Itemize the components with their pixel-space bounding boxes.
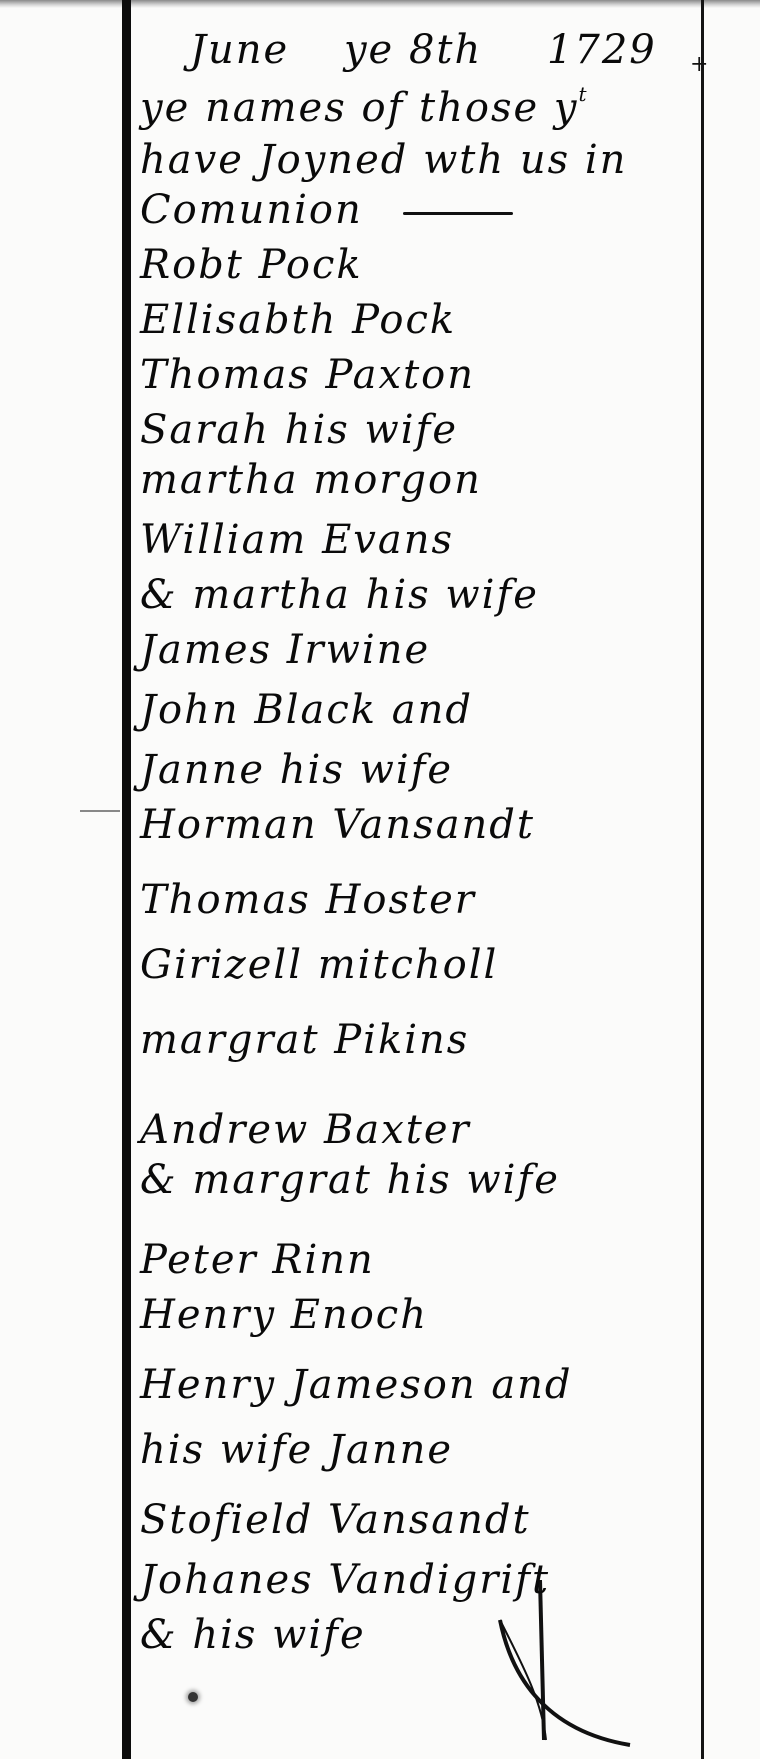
entry-11: Horman Vansandt bbox=[140, 805, 535, 845]
entry-6: William Evans bbox=[140, 520, 454, 560]
date-year: 1729 bbox=[547, 27, 657, 73]
entry-19: Henry Jameson and bbox=[140, 1365, 573, 1405]
entry-3: Thomas Paxton bbox=[140, 355, 475, 395]
register-entries: June ye 8th 1729 ye names of those yt ha… bbox=[140, 0, 700, 1759]
entry-18: Henry Enoch bbox=[140, 1295, 428, 1335]
entry-4: Sarah his wife bbox=[140, 410, 458, 450]
entry-9: John Black and bbox=[140, 690, 473, 730]
entry-16: & margrat his wife bbox=[140, 1160, 560, 1200]
date-day: ye 8th bbox=[344, 27, 482, 73]
entry-14: margrat Pikins bbox=[140, 1020, 469, 1060]
left-margin-rule bbox=[122, 0, 131, 1759]
entry-1: Robt Pock bbox=[140, 245, 363, 285]
entry-22: Johanes Vandigrift bbox=[140, 1560, 550, 1600]
register-page: + June ye 8th 1729 ye names of those yt … bbox=[0, 0, 760, 1759]
entry-2: Ellisabth Pock bbox=[140, 300, 456, 340]
flourish-rule bbox=[403, 212, 513, 215]
entry-20: his wife Janne bbox=[140, 1430, 453, 1470]
entry-15: Andrew Baxter bbox=[140, 1110, 471, 1150]
date-month: June bbox=[190, 27, 289, 73]
entry-12: Thomas Hoster bbox=[140, 880, 476, 920]
margin-dash-mark bbox=[80, 810, 120, 812]
entry-5: martha morgon bbox=[140, 460, 482, 500]
header-line-2-sup: t bbox=[578, 82, 588, 106]
header-date: June ye 8th 1729 bbox=[190, 30, 657, 70]
header-line-4: Comunion bbox=[140, 190, 513, 230]
header-line-2-text: ye names of those y bbox=[140, 85, 578, 131]
entry-7: & martha his wife bbox=[140, 575, 539, 615]
entry-23: & his wife bbox=[140, 1615, 366, 1655]
header-line-2: ye names of those yt bbox=[140, 88, 589, 128]
right-margin-rule bbox=[701, 0, 704, 1759]
entry-17: Peter Rinn bbox=[140, 1240, 375, 1280]
header-line-4-text: Comunion bbox=[140, 187, 363, 233]
entry-13: Girizell mitcholl bbox=[140, 945, 498, 985]
entry-21: Stofield Vansandt bbox=[140, 1500, 531, 1540]
header-line-3: have Joyned wth us in bbox=[140, 140, 627, 180]
entry-10: Janne his wife bbox=[140, 750, 453, 790]
entry-8: James Irwine bbox=[140, 630, 430, 670]
